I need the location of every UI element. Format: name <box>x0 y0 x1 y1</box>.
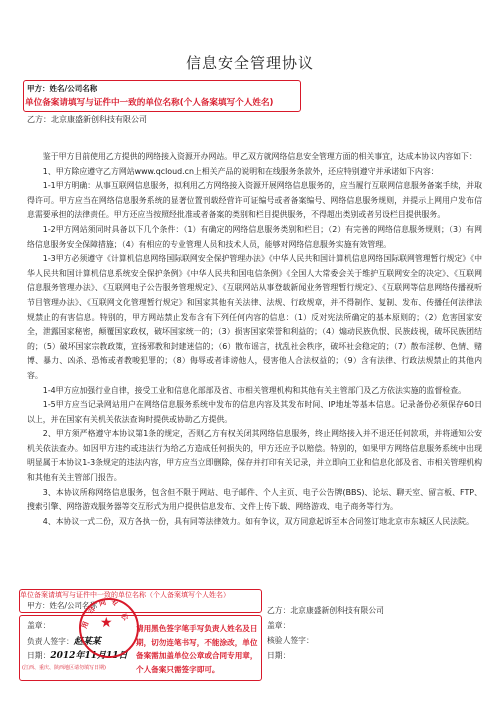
party-b-date-label: 日期： <box>267 650 290 661</box>
party-a-seal-label: 盖章： <box>27 620 50 631</box>
paragraph-3: 3、本协议所称网络信息服务，包含但不限于网站、电子邮件、个人主页、电子公告牌(B… <box>27 486 482 515</box>
paragraph-1-1: 1-1甲方明确：从事互联网信息服务，拟利用乙方网络接入资源开展网络信息服务的，应… <box>27 179 482 223</box>
paragraph-1-4: 1-4甲方应加强行业自律，接受工业和信息化部部及省、市相关管理机构和其他有关主管… <box>27 384 482 399</box>
paragraph-intro: 鉴于甲方目前使用乙方提供的网络接入资源开办网站。甲乙双方就网络信息安全管理方面的… <box>27 150 482 165</box>
party-b-signature-name: 乙方：北京康盛新创科技有限公司 <box>267 605 384 616</box>
party-b-seal-label: 盖章： <box>267 620 290 631</box>
stamp-star-icon: ★ <box>100 615 113 631</box>
paragraph-1-5: 1-5甲方应当记录网站用户在网络信息服务系统中发布的信息内容及其发布时间、IP地… <box>27 398 482 427</box>
party-b-verifier-label: 核验人签字： <box>267 635 314 646</box>
party-a-label: 甲方：姓名/公司名称 <box>27 83 97 94</box>
paragraph-1: 1、甲方除应遵守乙方网站www.qcloud.cn上相关产品的说明和在线服务条款… <box>27 165 482 180</box>
paragraph-1-2: 1-2甲方网站须同时具备以下几个条件：（1）有确定的网络信息服务类别和栏目；（2… <box>27 223 482 252</box>
region-date-note: (江西、重庆、陕西地区请勿填写日期) <box>22 664 106 671</box>
signature-name-note: 单位备案请填写与证件中一致的单位名称（个人备案填写个人姓名） <box>20 590 230 600</box>
document-title: 信息安全管理协议 <box>0 52 500 73</box>
party-a-note: 单位备案请填写与证件中一致的单位名称(个人备案填写个人姓名) <box>25 96 273 108</box>
party-a-signer-label: 负责人签字： <box>27 637 74 646</box>
agreement-body: 鉴于甲方目前使用乙方提供的网络接入资源开办网站。甲乙双方就网络信息安全管理方面的… <box>27 150 482 529</box>
party-b-label: 乙方：北京康盛新创科技有限公司 <box>27 114 147 125</box>
signature-instruction: 请用黑色签字笔手写负责人姓名及日期，切勿连笔书写，不能涂改，单位备案需加盖单位公… <box>136 622 260 676</box>
paragraph-1-3: 1-3甲方必须遵守《计算机信息网络国际联网安全保护管理办法》《中华人民共和国计算… <box>27 252 482 383</box>
party-a-date-label: 日期： <box>27 651 50 660</box>
paragraph-4: 4、本协议一式二份，双方各执一份，具有同等法律效力。如有争议，双方同意起诉至本合… <box>27 515 482 530</box>
paragraph-2: 2、甲方须严格遵守本协议第1条的规定，否则乙方有权关闭其网络信息服务，终止网络接… <box>27 427 482 485</box>
